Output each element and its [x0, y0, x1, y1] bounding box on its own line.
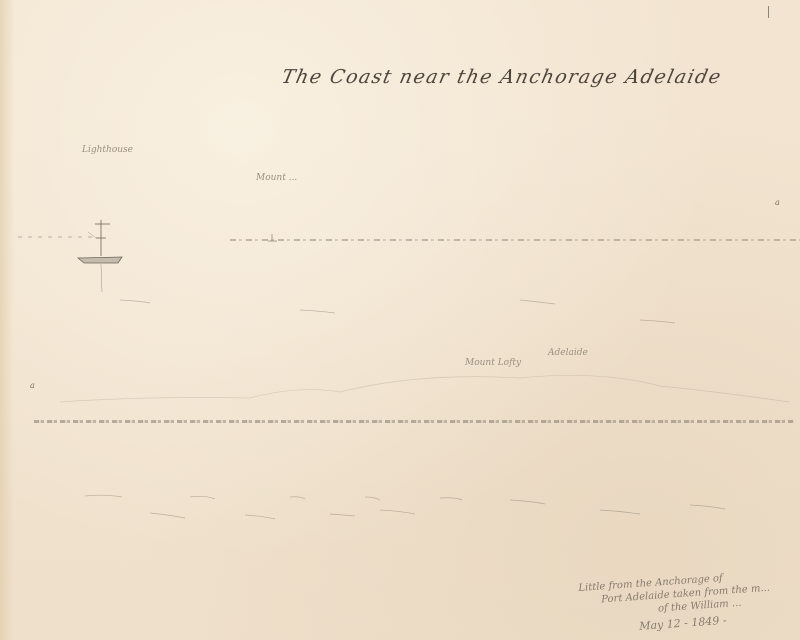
ship-icon [78, 220, 122, 292]
water-ripples [85, 300, 725, 519]
sketch-drawing [0, 0, 800, 640]
sketch-sheet: The Coast near the Anchorage Adelaide Li… [0, 0, 800, 640]
hills-outline [60, 375, 790, 402]
distant-vessel-icon [268, 234, 277, 241]
